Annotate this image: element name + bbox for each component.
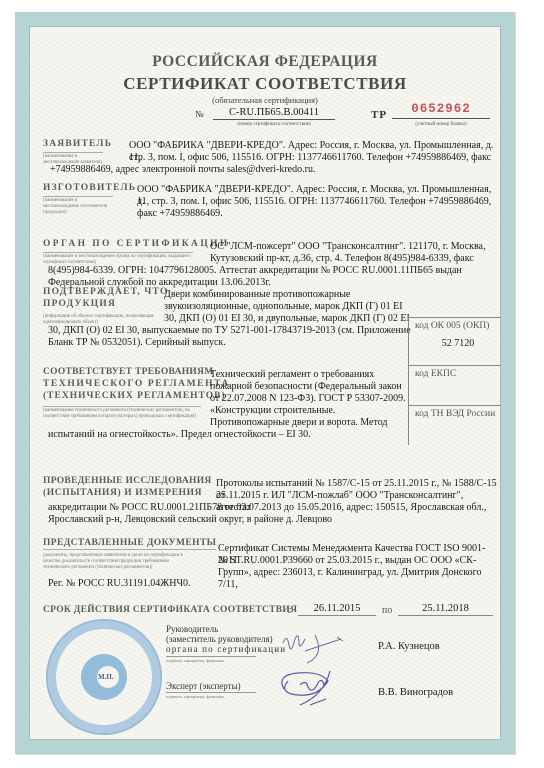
tnved-code-box: код ТН ВЭД России: [408, 405, 501, 445]
stamp-center-text: М.П.: [98, 673, 114, 681]
form-number: 0652962: [392, 102, 490, 119]
okp-code-value: 52 7120: [415, 338, 501, 349]
documents-heading: ПРЕДСТАВЛЕННЫЕ ДОКУМЕНТЫ: [43, 538, 216, 550]
certificate-sheet: РОССИЙСКАЯ ФЕДЕРАЦИЯ СЕРТИФИКАТ СООТВЕТС…: [15, 12, 515, 754]
cert-body-line-2: Кутузовский пр-кт, д.36, стр. 4. Телефон…: [210, 253, 474, 265]
tests-heading-2: (ИСПЫТАНИЯ) И ИЗМЕРЕНИЯ: [43, 488, 202, 498]
product-line-4: 30, ДКП (О) 02 EI 30, выпускаемые по ТУ …: [48, 325, 411, 337]
country-title: РОССИЙСКАЯ ФЕДЕРАЦИЯ: [30, 53, 500, 71]
number-label: №: [195, 109, 204, 119]
head-title-line-3: органа по сертификации: [166, 644, 286, 654]
regulation-line-2: пожарной безопасности (Федеральный закон: [210, 381, 402, 393]
regulation-caption: (наименование технического регламента (т…: [43, 406, 201, 420]
product-line-3: 30, ДКП (О) 01 EI 30, и двупольные, маро…: [164, 313, 410, 325]
product-line-1: Двери комбинированные противопожарные: [164, 289, 350, 301]
cert-body-line-1: ОС "ЛСМ-пожсерт" ООО "Трансконсалтинг". …: [210, 241, 485, 253]
regulation-heading-1: СООТВЕТСТВУЕТ ТРЕБОВАНИЯМ: [43, 367, 214, 377]
product-line-5: Бланк ТР № 0532051). Серийный выпуск.: [48, 337, 226, 349]
head-title-line-2: (заместитель руководителя): [166, 634, 286, 644]
regulation-line-6: испытаний на огнестойкость». Предел огне…: [48, 429, 311, 441]
manufacturer-heading: ИЗГОТОВИТЕЛЬ: [43, 183, 136, 193]
cert-body-caption: (наименование и местонахождение органа п…: [43, 252, 193, 266]
head-title-line-1: Руководитель: [166, 624, 286, 634]
manufacturer-line-2: 11, стр. 3, пом. I, офис 506, 115516. ОГ…: [137, 196, 491, 208]
expert-signature-caption: подпись, инициалы, фамилия: [166, 692, 256, 699]
manufacturer-line-3: факс +74959886469.: [137, 208, 223, 220]
validity-label: СРОК ДЕЙСТВИЯ СЕРТИФИКАТА СООТВЕТСТВИЯ: [43, 605, 297, 615]
regulation-line-4: «Конструкции строительные.: [210, 405, 335, 417]
validity-from-label: с: [287, 605, 291, 617]
validity-to-label: по: [382, 605, 392, 617]
product-heading-2: ПРОДУКЦИЯ: [43, 299, 116, 309]
cert-body-heading: ОРГАН ПО СЕРТИФИКАЦИИ: [43, 239, 230, 249]
ekps-code-label: код ЕКПС: [415, 369, 456, 379]
tests-heading-1: ПРОВЕДЕННЫЕ ИССЛЕДОВАНИЯ: [43, 476, 212, 486]
head-title: Руководитель (заместитель руководителя) …: [166, 624, 286, 654]
tests-line-3: аккредитации № РОСС RU.0001.21ПБ78 от 03…: [48, 502, 486, 514]
tnved-code-label: код ТН ВЭД России: [415, 409, 495, 419]
applicant-line-2: стр. 3, пом. I, офис 506, 115516. ОГРН: …: [129, 152, 491, 164]
expert-signature-icon: [270, 665, 360, 715]
applicant-heading: ЗАЯВИТЕЛЬ: [43, 139, 112, 149]
documents-line-3: Групп», адрес: 236013, г. Калининград, у…: [218, 567, 500, 591]
regulation-heading-3: (ТЕХНИЧЕСКИХ РЕГЛАМЕНТОВ): [43, 391, 226, 401]
documents-caption: (документы, представленные заявителем в …: [43, 552, 193, 571]
documents-line-2: № ST.RU.0001.P39660 от 25.03.2015 г., вы…: [218, 555, 476, 567]
certificate-number-caption: (номер сертификата соответствия): [213, 122, 335, 127]
applicant-line-3: +74959886469, адрес электронной почты sa…: [50, 164, 315, 176]
head-name: Р.А. Кузнецов: [378, 641, 440, 653]
certificate-title: СЕРТИФИКАТ СООТВЕТСТВИЯ: [30, 74, 500, 94]
documents-reg-line: Рег. № РОСС RU.31191.04ЖНЧ0.: [48, 578, 190, 590]
product-line-2: звукоизоляционные, однопольные, марок ДК…: [164, 301, 403, 313]
validity-to-date: 25.11.2018: [398, 603, 493, 616]
product-heading-1: ПОДТВЕРЖДАЕТ, ЧТО: [43, 287, 169, 297]
tests-line-4: Ярославский р-н, Левцовский сельский окр…: [48, 514, 332, 526]
expert-title: Эксперт (эксперты): [166, 681, 241, 691]
regulation-line-1: Технический регламент о требованиях: [210, 369, 374, 381]
certificate-number: C-RU.ПБ65.B.00411: [213, 107, 335, 120]
tp-label: ТР: [371, 109, 387, 121]
ekps-code-box: код ЕКПС: [408, 365, 501, 405]
head-signature-icon: [275, 625, 365, 665]
form-number-caption: (учетный номер бланка): [392, 122, 490, 127]
regulation-line-5: Противопожарные двери и ворота. Метод: [210, 417, 388, 429]
regulation-heading-2: ТЕХНИЧЕСКОГО РЕГЛАМЕНТА: [43, 379, 230, 389]
okp-code-label: код ОК 005 (ОКП): [415, 321, 489, 331]
okp-code-box: код ОК 005 (ОКП) 52 7120: [408, 317, 501, 365]
manufacturer-caption: (наименование и местонахождение изготови…: [43, 196, 113, 216]
official-stamp: М.П.: [46, 619, 162, 735]
cert-body-line-3: 8(495)984-6339. ОГРН: 1047796128005. Атт…: [48, 265, 462, 277]
head-signature-caption: подпись, инициалы, фамилия: [166, 656, 256, 663]
validity-from-date: 26.11.2015: [298, 603, 376, 616]
expert-name: В.В. Виноградов: [378, 687, 453, 699]
regulation-line-3: от 22.07.2008 N 123-ФЗ). ГОСТ Р 53307-20…: [210, 393, 406, 405]
